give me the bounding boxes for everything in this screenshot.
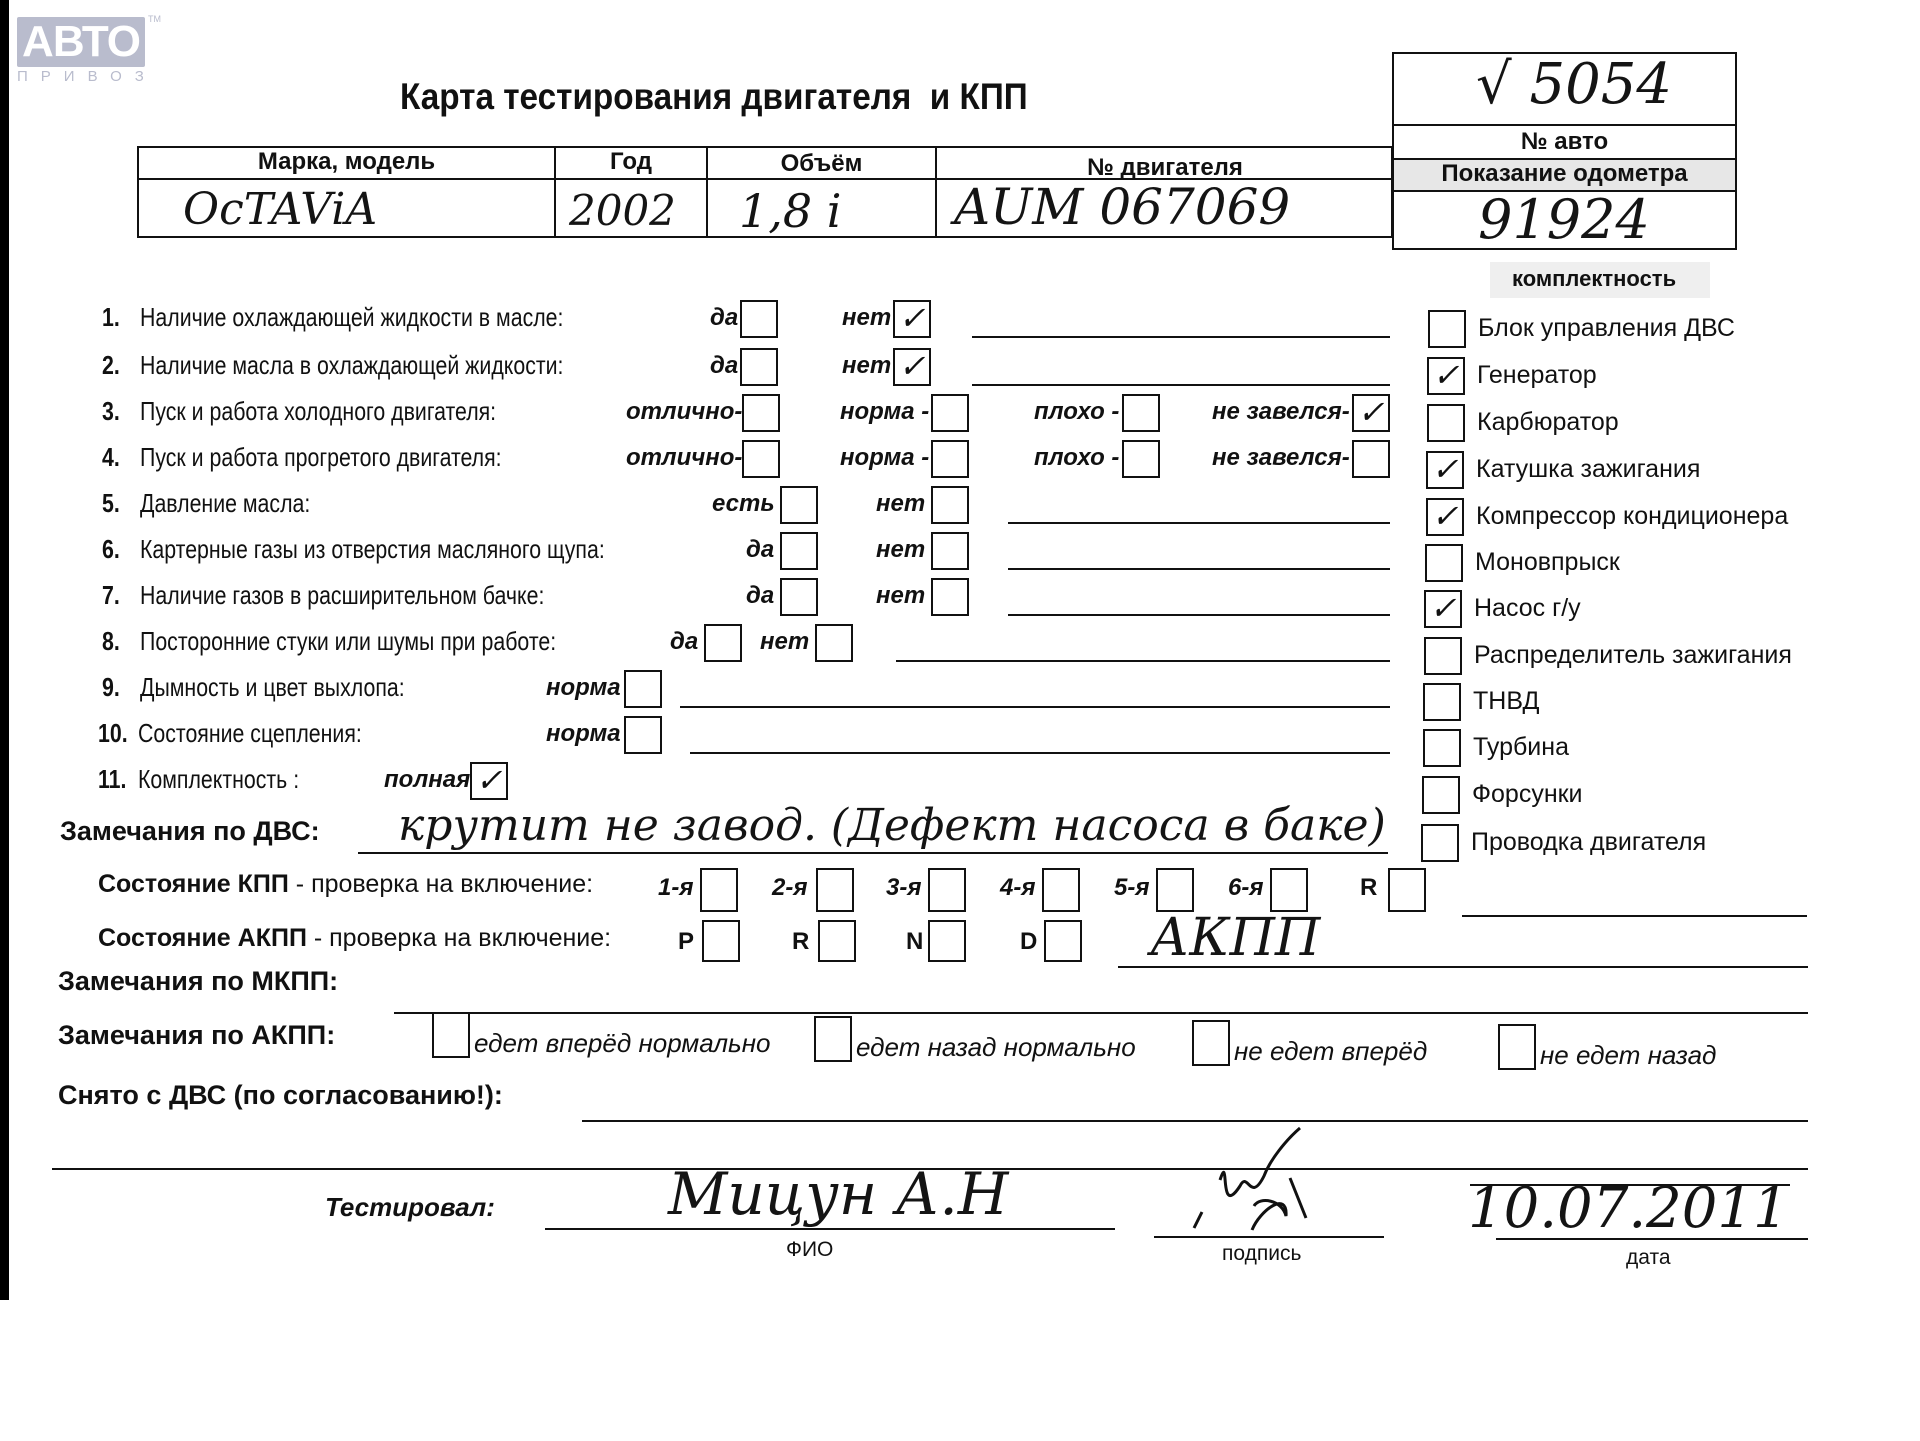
checklist-item-number: 7. — [102, 580, 120, 611]
option-label: норма — [546, 720, 621, 748]
kit-checkbox-empty[interactable] — [1428, 310, 1466, 348]
checklist-item-label: Пуск и работа прогретого двигателя: — [140, 442, 502, 473]
gear-checkbox[interactable] — [1042, 868, 1080, 912]
option-label: нет — [876, 536, 925, 564]
kit-checkbox-checked[interactable]: ✓ — [1427, 357, 1465, 395]
signature — [1190, 1120, 1390, 1240]
name-line — [545, 1228, 1115, 1230]
checklist-item-number: 11. — [98, 764, 126, 795]
option-label: да — [710, 352, 738, 380]
checklist-item-number: 6. — [102, 534, 120, 565]
checklist-item-label: Наличие газов в расширительном бачке: — [140, 580, 544, 611]
auto-gearbox-note: АКПП — [1150, 908, 1320, 968]
checklist-item-label: Картерные газы из отверстия масляного щу… — [140, 534, 605, 565]
checkbox-empty[interactable] — [931, 394, 969, 432]
answer-line[interactable] — [680, 706, 1390, 708]
auto-remarks-label: Замечания по АКПП: — [58, 1020, 335, 1051]
gear-checkbox[interactable] — [818, 920, 856, 962]
kit-checkbox-empty[interactable] — [1423, 729, 1461, 767]
kit-checkbox-checked[interactable]: ✓ — [1424, 590, 1462, 628]
answer-line[interactable] — [896, 660, 1390, 662]
checklist-item-label: Наличие масла в охлаждающей жидкости: — [140, 350, 563, 381]
header-year: Год — [556, 148, 706, 176]
option-label: не завелся- — [1212, 444, 1350, 472]
signature-caption: подпись — [1222, 1242, 1301, 1266]
checklist-item-label: Посторонние стуки или шумы при работе: — [140, 626, 556, 657]
gear-checkbox[interactable] — [1044, 920, 1082, 962]
page-title: Карта тестирования двигателя и КПП — [400, 76, 1028, 118]
checkbox-checked[interactable]: ✓ — [1352, 394, 1390, 432]
auto-remark-label: не едет вперёд — [1234, 1036, 1427, 1067]
checklist-item-label: Дымность и цвет выхлопа: — [140, 672, 405, 703]
kit-checkbox-empty[interactable] — [1427, 404, 1465, 442]
option-label: плохо - — [1034, 444, 1119, 472]
gear-checkbox[interactable] — [700, 868, 738, 912]
checkbox-empty[interactable] — [931, 440, 969, 478]
option-label: полная — [384, 766, 470, 794]
auto-remark-checkbox[interactable] — [1498, 1024, 1536, 1070]
checkbox-empty[interactable] — [780, 486, 818, 524]
option-label: плохо - — [1034, 398, 1119, 426]
gear-checkbox[interactable] — [702, 920, 740, 962]
auto-remark-label: едет вперёд нормально — [474, 1028, 770, 1059]
kit-item-label: Проводка двигателя — [1471, 828, 1706, 857]
gear-label: 4-я — [1000, 874, 1035, 902]
gear-label: R — [1360, 874, 1377, 902]
date-caption: дата — [1626, 1246, 1671, 1270]
name-caption: ФИО — [786, 1238, 833, 1262]
kit-checkbox-empty[interactable] — [1422, 776, 1460, 814]
option-label: нет — [842, 352, 891, 380]
checkbox-empty[interactable] — [740, 348, 778, 386]
logo-subtitle: ПРИВОЗ — [17, 68, 157, 85]
option-label: норма — [546, 674, 621, 702]
header-make-model: Марка, модель — [139, 148, 554, 176]
tester-name: Мицун А.Н — [668, 1160, 1008, 1228]
option-label: отлично- — [626, 398, 742, 426]
checkbox-empty[interactable] — [931, 532, 969, 570]
option-label: есть — [712, 490, 775, 518]
checklist-item-number: 9. — [102, 672, 120, 703]
checkbox-checked[interactable]: ✓ — [893, 300, 931, 338]
checkbox-empty[interactable] — [780, 578, 818, 616]
kit-checkbox-empty[interactable] — [1423, 683, 1461, 721]
checkbox-empty[interactable] — [742, 394, 780, 432]
gear-label: D — [1020, 928, 1037, 956]
auto-remark-label: не едет назад — [1540, 1040, 1716, 1071]
checklist-item-number: 10. — [98, 718, 128, 749]
manual-gearbox-label: Состояние КПП - проверка на включение: — [98, 870, 593, 899]
car-box: √ 5054 № авто Показание одометра 91924 — [1392, 52, 1737, 250]
gear-checkbox[interactable] — [1388, 868, 1426, 912]
answer-line[interactable] — [972, 384, 1390, 386]
answer-line[interactable] — [1008, 522, 1390, 524]
checklist-item-number: 1. — [102, 302, 120, 333]
checkbox-empty[interactable] — [815, 624, 853, 662]
auto-remark-label: едет назад нормально — [856, 1032, 1136, 1063]
auto-remark-checkbox[interactable] — [1192, 1020, 1230, 1066]
gear-checkbox[interactable] — [816, 868, 854, 912]
kit-checkbox-empty[interactable] — [1424, 637, 1462, 675]
checklist-item-label: Состояние сцепления: — [138, 718, 362, 749]
kit-item-label: ТНВД — [1473, 687, 1539, 716]
year-value: 2002 — [569, 186, 676, 235]
kit-checkbox-checked[interactable]: ✓ — [1426, 451, 1464, 489]
gear-label: R — [792, 928, 809, 956]
gear-checkbox[interactable] — [1270, 868, 1308, 912]
gear-label: P — [678, 928, 694, 956]
removed-label: Снято с ДВС (по согласованию!): — [58, 1080, 503, 1111]
option-label: да — [746, 536, 774, 564]
date-value: 10.07.2011 — [1468, 1176, 1789, 1241]
option-label: отлично- — [626, 444, 742, 472]
kit-item-label: Компрессор кондиционера — [1476, 502, 1788, 531]
kit-item-label: Турбина — [1473, 733, 1569, 762]
car-number-label: № авто — [1394, 128, 1735, 156]
option-label: нет — [876, 490, 925, 518]
option-label: да — [746, 582, 774, 610]
checklist-item-number: 2. — [102, 350, 120, 381]
tested-by-label: Тестировал: — [325, 1192, 495, 1223]
kit-item-label: Моновпрыск — [1475, 548, 1620, 577]
option-label: норма - — [840, 444, 929, 472]
auto-gearbox-label-rest: - проверка на включение: — [307, 924, 611, 952]
checklist-item-number: 4. — [102, 442, 120, 473]
car-number-value: √ 5054 — [1434, 52, 1714, 117]
answer-line[interactable] — [690, 752, 1390, 754]
checklist-item-number: 5. — [102, 488, 120, 519]
kit-item-label: Форсунки — [1472, 780, 1583, 809]
gear-label: 1-я — [658, 874, 693, 902]
kit-checkbox-empty[interactable] — [1421, 824, 1459, 862]
option-label: не завелся- — [1212, 398, 1350, 426]
checkbox-empty[interactable] — [931, 578, 969, 616]
kit-item-label: Катушка зажигания — [1476, 455, 1700, 484]
option-label: нет — [760, 628, 809, 656]
checkbox-empty[interactable] — [931, 486, 969, 524]
auto-remark-checkbox[interactable] — [814, 1016, 852, 1062]
volume-value: 1,8 i — [739, 184, 842, 238]
checkbox-empty[interactable] — [1352, 440, 1390, 478]
option-label: да — [670, 628, 698, 656]
checkbox-empty[interactable] — [780, 532, 818, 570]
make-model-value: OcTAViA — [183, 184, 377, 235]
gear-label: N — [906, 928, 923, 956]
logo-trademark: TM — [148, 14, 161, 24]
manual-remarks-line[interactable] — [394, 1012, 1808, 1014]
header-volume: Объём — [708, 150, 935, 178]
checklist-item-label: Наличие охлаждающей жидкости в масле: — [140, 302, 563, 333]
engine-remarks-label: Замечания по ДВС: — [60, 816, 320, 847]
option-label: норма - — [840, 398, 929, 426]
auto-gearbox-label-bold: Состояние АКПП — [98, 924, 307, 952]
gear-checkbox[interactable] — [1156, 868, 1194, 912]
answer-line[interactable] — [972, 336, 1390, 338]
manual-remarks-label: Замечания по МКПП: — [58, 966, 338, 997]
manual-gearbox-label-rest: - проверка на включение: — [289, 870, 593, 898]
kit-item-label: Карбюратор — [1477, 408, 1619, 437]
kit-item-label: Насос г/у — [1474, 594, 1581, 623]
gear-checkbox[interactable] — [928, 868, 966, 912]
kit-checkbox-empty[interactable] — [1425, 544, 1463, 582]
engine-remarks-value[interactable]: крутит не завод. (Дефект насоса в баке) — [398, 800, 1386, 851]
kit-item-label: Блок управления ДВС — [1478, 314, 1735, 343]
gear-checkbox[interactable] — [928, 920, 966, 962]
vehicle-table: Марка, модель Год Объём № двигателя OcTA… — [137, 146, 1393, 238]
manual-gearbox-label-bold: Состояние КПП — [98, 870, 289, 898]
answer-line[interactable] — [1008, 614, 1390, 616]
checkbox-empty[interactable] — [624, 670, 662, 708]
checkbox-empty[interactable] — [740, 300, 778, 338]
checklist-item-label: Пуск и работа холодного двигателя: — [140, 396, 496, 427]
checkbox-checked[interactable]: ✓ — [893, 348, 931, 386]
kit-item-label: Генератор — [1477, 361, 1597, 390]
auto-gearbox-label: Состояние АКПП - проверка на включение: — [98, 924, 611, 953]
odometer-label: Показание одометра — [1394, 160, 1735, 188]
checkbox-empty[interactable] — [1122, 394, 1160, 432]
kit-checkbox-checked[interactable]: ✓ — [1426, 498, 1464, 536]
checkbox-empty[interactable] — [1122, 440, 1160, 478]
engine-no-value: AUM 067069 — [954, 178, 1290, 236]
gear-label: 3-я — [886, 874, 921, 902]
gear-label: 6-я — [1228, 874, 1263, 902]
brand-logo: АВТО — [17, 17, 145, 67]
gear-label: 2-я — [772, 874, 807, 902]
engine-remarks-line — [358, 852, 1388, 854]
checkbox-empty[interactable] — [704, 624, 742, 662]
answer-line[interactable] — [1008, 568, 1390, 570]
checkbox-empty[interactable] — [742, 440, 780, 478]
auto-gearbox-line — [1118, 966, 1808, 968]
checkbox-checked[interactable]: ✓ — [470, 762, 508, 800]
kit-item-label: Распределитель зажигания — [1474, 641, 1792, 670]
checklist-item-number: 3. — [102, 396, 120, 427]
auto-remark-checkbox[interactable] — [432, 1012, 470, 1058]
checklist-item-number: 8. — [102, 626, 120, 657]
checkbox-empty[interactable] — [624, 716, 662, 754]
odometer-value: 91924 — [1434, 188, 1694, 251]
option-label: нет — [842, 304, 891, 332]
option-label: да — [710, 304, 738, 332]
scan-edge — [0, 0, 9, 1300]
checklist-item-label: Давление масла: — [140, 488, 310, 519]
gear-label: 5-я — [1114, 874, 1149, 902]
manual-gearbox-line — [1462, 915, 1807, 917]
option-label: нет — [876, 582, 925, 610]
kit-title: комплектность — [1512, 266, 1676, 292]
checklist-item-label: Комплектность : — [138, 764, 299, 795]
